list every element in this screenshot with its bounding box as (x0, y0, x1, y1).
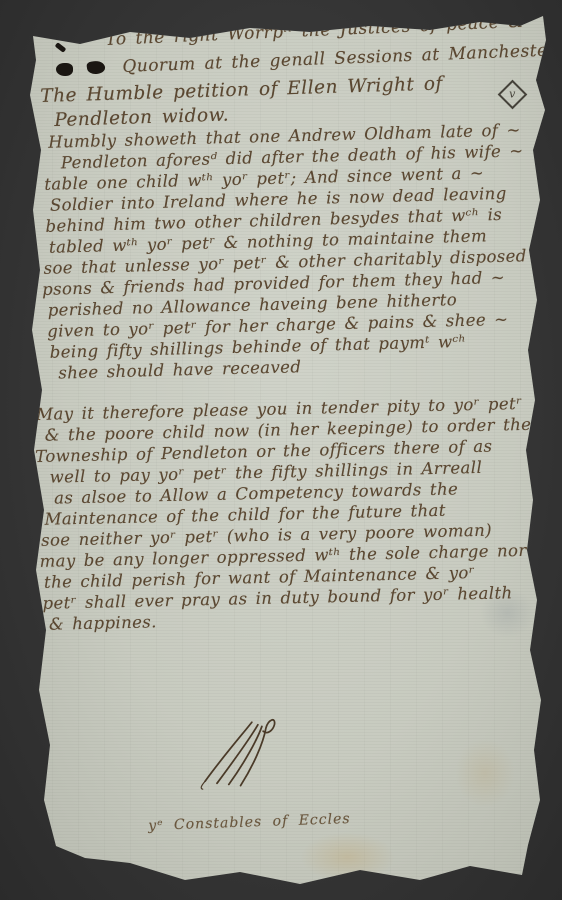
signature-flourish-mark (193, 709, 298, 794)
photograph-background: { "page": { "background_color": "#363636… (0, 0, 562, 900)
docket-line: yᵉ Constables of Eccles (148, 811, 351, 834)
stain (455, 738, 515, 808)
ink-blot (56, 63, 73, 76)
petition-title-line: The Humble petition of Ellen Wright of (40, 73, 443, 107)
stain (300, 832, 395, 882)
body-paragraph-2: May it therefore please you in tender pi… (34, 392, 560, 635)
ink-blot (86, 60, 106, 75)
manuscript-page: v To the right Worrpˡˡ the Justices of p… (0, 0, 562, 900)
body-paragraph-1: Humbly showeth that one Andrew Oldham la… (38, 119, 530, 384)
archive-diamond-stamp: v (498, 80, 528, 110)
archive-mark-letter: v (509, 88, 515, 101)
ink-blot (55, 42, 67, 53)
